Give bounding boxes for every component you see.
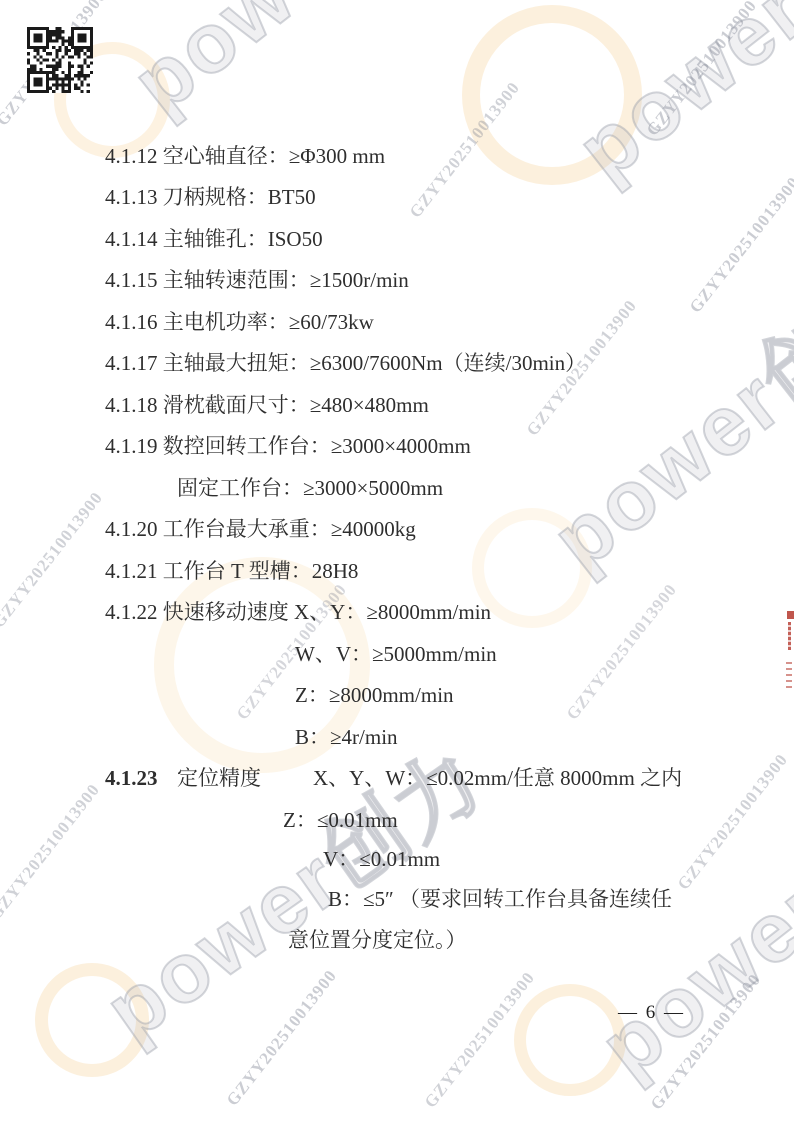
spec-line-segment: W、V：≥5000mm/min	[295, 644, 497, 665]
document-page: power创力power创力power创力power创力power创力 GZYY…	[0, 0, 794, 1123]
spec-line-segment: V：≤0.01mm	[323, 849, 440, 870]
serial-watermark: GZYY202510013900	[686, 173, 794, 317]
spec-line-segment: X、Y、W：≤0.02mm/任意 8000mm 之内	[313, 768, 682, 789]
spec-line-segment: 4.1.13 刀柄规格：BT50	[105, 187, 316, 208]
spec-line-segment: 4.1.12 空心轴直径：≥Φ300 mm	[105, 146, 385, 167]
spec-line-segment: 4.1.22 快速移动速度 X、Y：≥8000mm/min	[105, 602, 491, 623]
spec-line-segment: B：≥4r/min	[295, 727, 398, 748]
spec-line-segment: Z：≥8000mm/min	[295, 685, 454, 706]
spec-line-segment: Z：≤0.01mm	[283, 810, 398, 831]
spec-line-segment: 固定工作台：≥3000×5000mm	[177, 478, 443, 499]
spec-line-segment: 定位精度	[177, 768, 261, 789]
brand-watermark: power创力	[523, 229, 794, 593]
brand-watermark: power创力	[103, 0, 521, 136]
spec-line-segment: 4.1.17 主轴最大扭矩：≥6300/7600Nm（连续/30min）	[105, 353, 586, 374]
red-seal-bar	[788, 622, 791, 650]
spec-line-segment: 4.1.19 数控回转工作台：≥3000×4000mm	[105, 436, 471, 457]
spec-line-segment: 4.1.21 工作台 T 型槽：28H8	[105, 561, 358, 582]
serial-watermark: GZYY202510013900	[0, 780, 104, 924]
serial-watermark: GZYY202510013900	[0, 488, 107, 632]
spec-line-segment: 4.1.16 主电机功率：≥60/73kw	[105, 312, 374, 333]
spec-line-segment: B：≤5″ （要求回转工作台具备连续任	[328, 889, 672, 910]
spec-line-segment: 4.1.15 主轴转速范围：≥1500r/min	[105, 270, 409, 291]
qr-code	[27, 27, 93, 93]
red-seal-square	[787, 611, 794, 619]
spec-line-segment: 4.1.20 工作台最大承重：≥40000kg	[105, 519, 416, 540]
red-seal-dots	[786, 662, 792, 688]
spec-line-segment: 4.1.18 滑枕截面尺寸：≥480×480mm	[105, 395, 429, 416]
spec-line-segment: 4.1.14 主轴锥孔：ISO50	[105, 229, 323, 250]
page-number: — 6 —	[618, 1002, 685, 1024]
spec-line-segment: 4.1.23	[105, 768, 158, 789]
spec-line-segment: 意位置分度定位。）	[288, 930, 467, 951]
